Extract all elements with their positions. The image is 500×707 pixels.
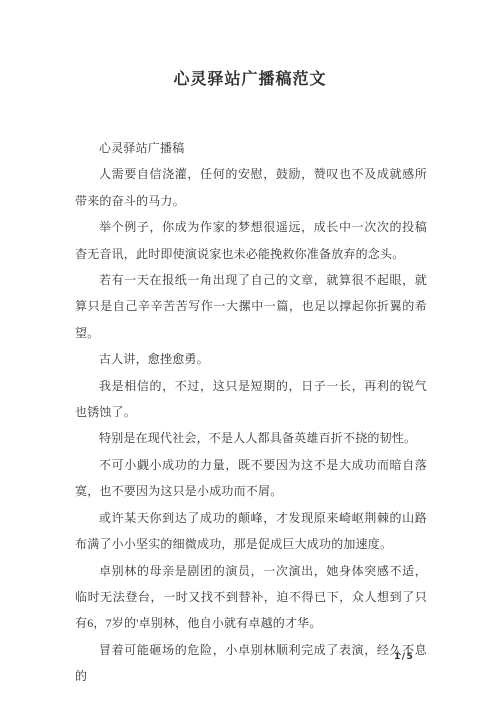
paragraph: 不可小觑小成功的力量，既不要因为这不是大成功而暗自落寞，也不要因为这只是小成功而…	[75, 452, 427, 505]
paragraph: 冒着可能砸场的危险，小卓别林顺利完成了表演，经久不息的	[75, 637, 427, 690]
document-body: 心灵驿站广播稿人需要自信浇灌，任何的安慰，鼓励，赞叹也不及成就感所带来的奋斗的马…	[75, 135, 427, 690]
paragraph: 若有一天在报纸一角出现了自己的文章，就算很不起眼，就算只是自己辛辛苦苦写作一大摞…	[75, 267, 427, 346]
document-title: 心灵驿站广播稿范文	[0, 0, 500, 89]
paragraph: 特别是在现代社会，不是人人都具备英雄百折不挠的韧性。	[75, 425, 427, 451]
page-number-indicator: 1/5	[394, 652, 414, 662]
paragraph: 人需要自信浇灌，任何的安慰，鼓励，赞叹也不及成就感所带来的奋斗的马力。	[75, 161, 427, 214]
paragraph: 卓别林的母亲是剧团的演员，一次演出，她身体突感不适，临时无法登台，一时又找不到替…	[75, 558, 427, 637]
paragraph: 古人讲，愈挫愈勇。	[75, 346, 427, 372]
document-page: 心灵驿站广播稿范文 心灵驿站广播稿人需要自信浇灌，任何的安慰，鼓励，赞叹也不及成…	[0, 0, 500, 707]
paragraph: 我是相信的，不过，这只是短期的，日子一长，再利的锐气也锈蚀了。	[75, 373, 427, 426]
paragraph: 举个例子，你成为作家的梦想很遥远，成长中一次次的投稿杳无音讯，此时即使演说家也未…	[75, 214, 427, 267]
paragraph: 或许某天你到达了成功的颠峰，才发现原来崎岖荆棘的山路布满了小小坚实的细微成功，那…	[75, 505, 427, 558]
paragraph: 心灵驿站广播稿	[75, 135, 427, 161]
